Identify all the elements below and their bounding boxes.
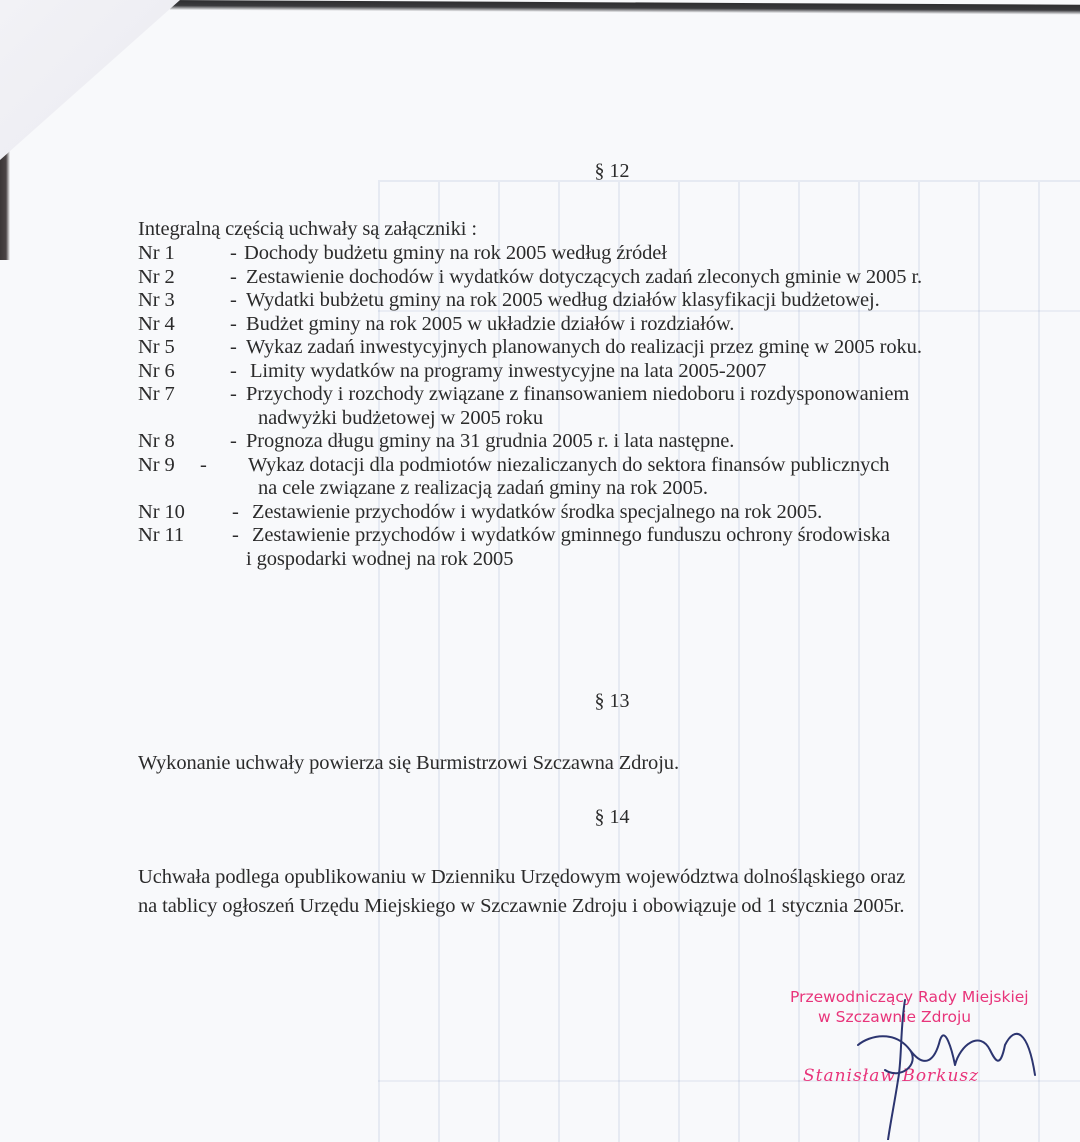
scan-left-edge [0,150,10,260]
attachment-title: Dochody budżetu gminy na rok 2005 według… [244,242,667,264]
attachment-title: Budżet gminy na rok 2005 w układzie dzia… [246,313,734,335]
section-14-line-1: Uchwała podlega opublikowaniu w Dziennik… [138,866,905,888]
section-13-text: Wykonanie uchwały powierza się Burmistrz… [138,752,679,774]
attachment-number: Nr 10 [138,501,185,523]
attachment-title: nadwyżki budżetowej w 2005 roku [258,407,543,429]
scan-top-edge [170,0,1080,15]
attachment-number: Nr 1 [138,242,175,264]
attachment-title: Wykaz zadań inwestycyjnych planowanych d… [246,336,922,358]
attachment-title: Limity wydatków na programy inwestycyjne… [250,360,766,382]
attachment-dash: - [230,430,237,452]
attachment-dash: - [230,336,237,358]
attachment-title: Zestawienie przychodów i wydatków środka… [252,501,822,523]
attachment-title: i gospodarki wodnej na rok 2005 [246,548,513,570]
scanned-page: § 12 Integralną częścią uchwały są załąc… [0,0,1080,1142]
attachment-number: Nr 8 [138,430,175,452]
attachment-number: Nr 5 [138,336,175,358]
attachment-dash: - [232,501,239,523]
attachment-dash: - [232,524,239,546]
section-13-heading: § 13 [542,690,682,713]
attachment-dash: - [230,289,237,311]
section-12-intro: Integralną częścią uchwały są załączniki… [138,218,477,240]
attachment-number: Nr 11 [138,524,184,546]
attachment-dash: - [230,313,237,335]
attachment-number: Nr 2 [138,266,175,288]
attachment-dash: - [230,360,237,382]
attachment-dash: - [230,266,237,288]
attachment-title: na cele związane z realizacją zadań gmin… [258,477,708,499]
attachment-dash: - [230,242,237,264]
attachment-number: Nr 9 [138,454,175,476]
attachment-dash: - [230,383,237,405]
attachment-title: Przychody i rozchody związane z finansow… [246,383,909,405]
attachment-title: Zestawienie przychodów i wydatków gminne… [252,524,890,546]
attachment-title: Wykaz dotacji dla podmiotów niezaliczany… [248,454,889,476]
attachment-title: Prognoza długu gminy na 31 grudnia 2005 … [246,430,734,452]
attachment-title: Wydatki bubżetu gminy na rok 2005 według… [246,289,880,311]
section-14-heading: § 14 [542,806,682,829]
attachment-number: Nr 6 [138,360,175,382]
attachment-title: Zestawienie dochodów i wydatków dotycząc… [246,266,922,288]
attachment-number: Nr 4 [138,313,175,335]
section-14-line-2: na tablicy ogłoszeń Urzędu Miejskiego w … [138,895,904,917]
handwritten-signature [840,990,1040,1140]
folded-corner-shadow [0,0,180,160]
section-12-heading: § 12 [542,160,682,183]
attachment-number: Nr 7 [138,383,175,405]
attachment-number: Nr 3 [138,289,175,311]
attachment-dash: - [200,454,207,476]
